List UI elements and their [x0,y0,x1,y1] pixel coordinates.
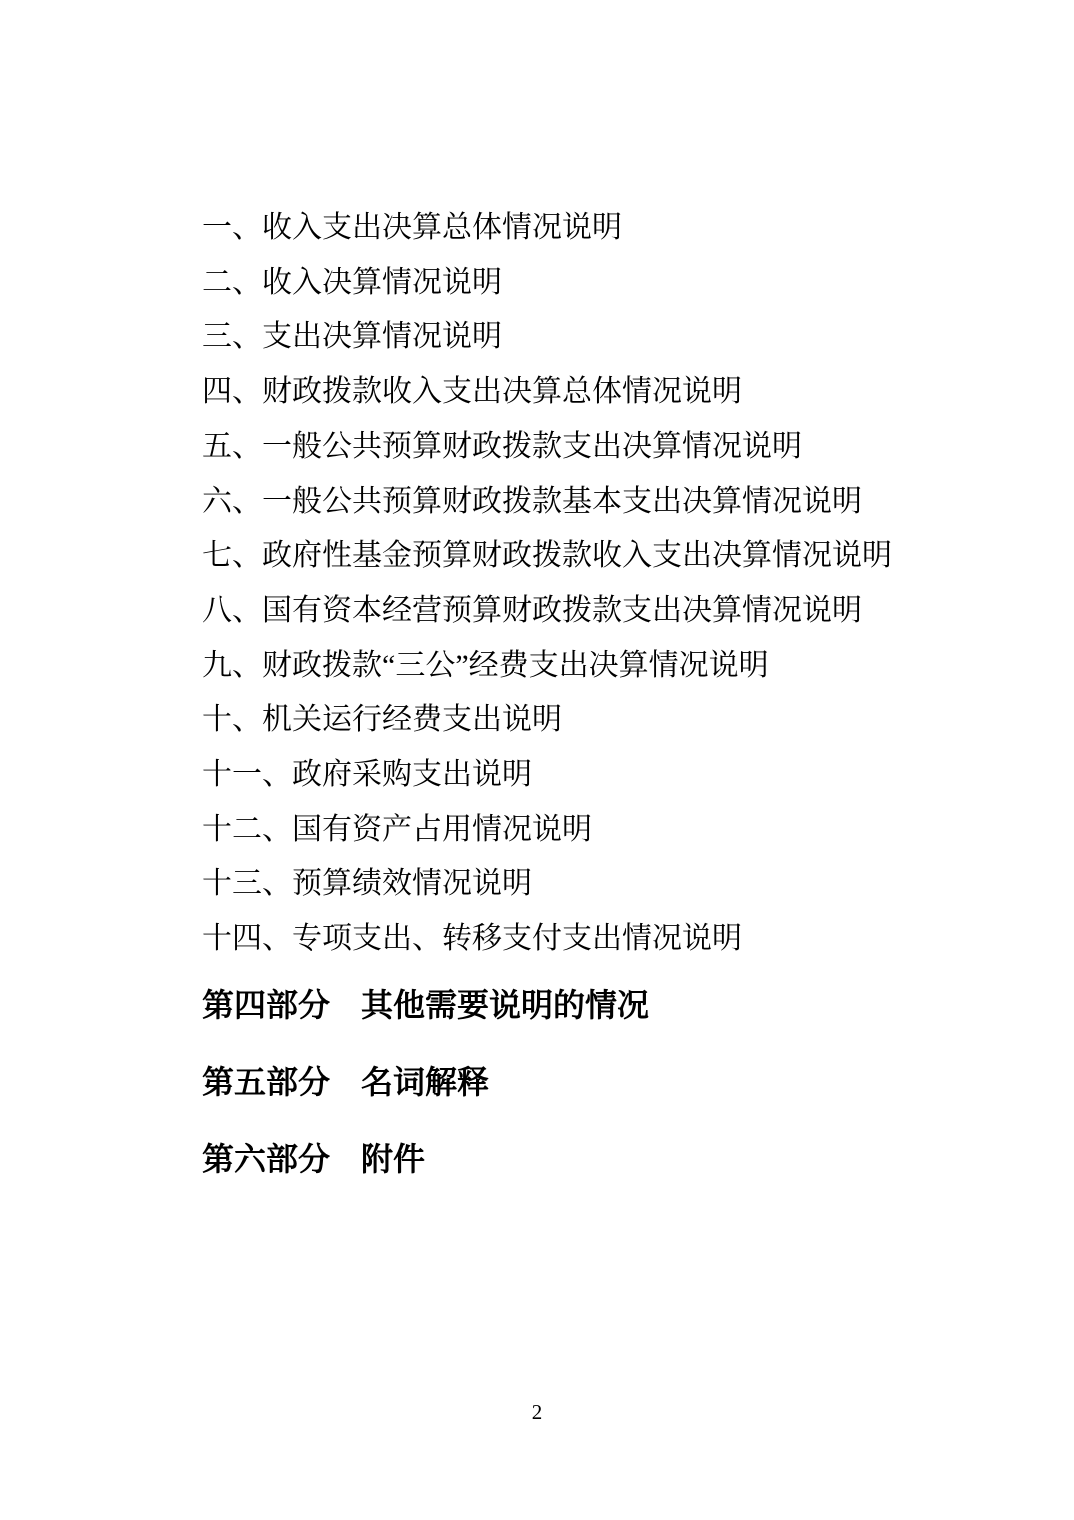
toc-item-2: 二、收入决算情况说明 [202,256,994,311]
section-heading-part5: 第五部分名词解释 [202,1044,994,1121]
section-label: 第四部分 [202,987,330,1023]
section-title: 附件 [361,1141,425,1177]
table-of-contents: 一、收入支出决算总体情况说明 二、收入决算情况说明 三、支出决算情况说明 四、财… [202,201,994,1198]
section-label: 第六部分 [202,1141,330,1177]
toc-item-8: 八、国有资本经营预算财政拨款支出决算情况说明 [202,584,994,639]
section-title: 其他需要说明的情况 [361,987,649,1023]
page-number: 2 [0,1400,1074,1425]
document-page: 一、收入支出决算总体情况说明 二、收入决算情况说明 三、支出决算情况说明 四、财… [0,0,1074,1520]
toc-item-3: 三、支出决算情况说明 [202,310,994,365]
toc-item-11: 十一、政府采购支出说明 [202,748,994,803]
section-heading-part6: 第六部分附件 [202,1121,994,1198]
toc-item-9: 九、财政拨款“三公”经费支出决算情况说明 [202,639,994,694]
section-heading-part4: 第四部分其他需要说明的情况 [202,967,994,1044]
toc-item-12: 十二、国有资产占用情况说明 [202,803,994,858]
toc-item-13: 十三、预算绩效情况说明 [202,857,994,912]
toc-item-14: 十四、专项支出、转移支付支出情况说明 [202,912,994,967]
toc-item-4: 四、财政拨款收入支出决算总体情况说明 [202,365,994,420]
toc-item-5: 五、一般公共预算财政拨款支出决算情况说明 [202,420,994,475]
toc-item-7: 七、政府性基金预算财政拨款收入支出决算情况说明 [202,529,994,584]
section-label: 第五部分 [202,1064,330,1100]
toc-item-1: 一、收入支出决算总体情况说明 [202,201,994,256]
toc-item-10: 十、机关运行经费支出说明 [202,693,994,748]
section-title: 名词解释 [361,1064,489,1100]
toc-item-6: 六、一般公共预算财政拨款基本支出决算情况说明 [202,475,994,530]
